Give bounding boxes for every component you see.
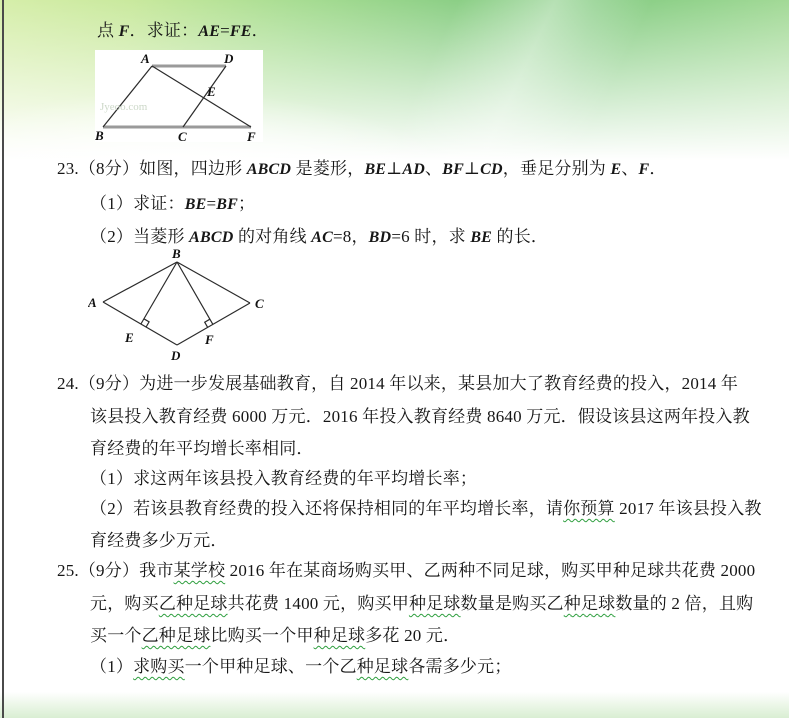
math-var: F [639,161,650,178]
vertex-label-d: D [170,348,181,363]
vertex-label-e: E [124,330,134,345]
math-var: F [119,23,130,40]
squiggle-text: 求购买 [133,657,185,676]
segment-bf [177,262,213,324]
text-run: 、 [621,159,638,178]
math-var: BE [364,161,386,178]
text-run: 元，购买 [90,594,159,613]
document-page: 点 F．求证：AE=FE． Jyeoo.com A D E B C F 23.（… [0,0,789,718]
q25-body-line2: 元，购买乙种足球共花费 1400 元，购买甲种足球数量是购买乙种足球数量的 2 … [90,593,753,614]
text-run: 买一个 [90,626,142,645]
math-var: BE [185,196,207,213]
edge-bc [177,262,250,303]
text-run: 、 [425,159,442,178]
math-var: AC [311,229,333,246]
q25-part1: （1）求购买一个甲种足球、一个乙种足球各需多少元； [90,656,512,677]
text-run: 多花 20 元． [365,626,460,645]
text-run: ⊥ [464,159,480,178]
text-run: 比购买一个甲 [210,626,313,645]
math-var: ABCD [189,229,233,246]
text-run: ； [238,194,255,213]
text-run: （2）当菱形 [90,227,189,246]
text-run: =8， [333,227,369,246]
text-run: 的长． [492,227,548,246]
text-run: =6 时，求 [391,227,470,246]
math-var: BD [369,229,392,246]
text-run: 一个甲种足球、一个乙 [185,657,357,676]
squiggle-text: 种足球 [564,594,616,613]
intro-line: 点 F．求证：AE=FE． [97,20,269,42]
math-var: FE [230,23,252,40]
text-run: 是菱形， [291,159,364,178]
squiggle-text: 种足球 [357,657,409,676]
vertex-label-f: F [204,332,214,347]
text-run: 数量是购买乙 [461,594,564,613]
q24-part2-line1: （2）若该县教育经费的投入还将保持相同的年平均增长率，请你预算 2017 年该县… [90,498,762,519]
text-run: = [206,194,216,213]
text-run: 23.（8分）如图，四边形 [57,159,247,178]
q23-part2: （2）当菱形 ABCD 的对角线 AC=8，BD=6 时，求 BE 的长． [90,226,548,248]
text-run: 共花费 1400 元，购买甲 [228,594,409,613]
segment-dc [183,66,226,127]
math-var: E [610,161,621,178]
math-var: ABCD [247,161,291,178]
text-run: （1）求证： [90,194,185,213]
text-run: 2016 年在某商场购买甲、乙两种不同足球，购买甲种足球共花费 2000 [225,561,755,580]
squiggle-text: 乙种足球 [142,626,211,645]
vertex-label-e: E [206,84,216,99]
text-run: （1） [90,657,133,676]
edge-ad [103,302,177,345]
segment-af [152,66,251,127]
text-run: ．求证： [130,21,199,40]
vertex-label-c: C [178,129,187,142]
q25-heading-line1: 25.（9分）我市某学校 2016 年在某商场购买甲、乙两种不同足球，购买甲种足… [57,560,755,581]
q24-part1: （1）求这两年该县投入教育经费的年平均增长率； [90,468,477,489]
figure-rhombus: B A C D E F [88,246,273,364]
vertex-label-c: C [255,296,264,311]
text-run: ，垂足分别为 [503,159,611,178]
vertex-label-a: A [88,295,97,310]
q23-heading: 23.（8分）如图，四边形 ABCD 是菱形，BE⊥AD、BF⊥CD，垂足分别为… [57,158,667,180]
watermark-text: Jyeoo.com [100,101,148,113]
vertex-label-d: D [223,51,234,66]
vertex-label-a: A [140,51,150,66]
q24-part2-line2: 育经费多少万元． [90,530,228,551]
q25-body-line3: 买一个乙种足球比购买一个甲种足球多花 20 元． [90,625,460,646]
q24-heading-line1: 24.（9分）为进一步发展基础教育，自 2014 年以来，某县加大了教育经费的投… [57,373,738,394]
squiggle-text: 乙种足球 [159,594,228,613]
vertex-label-f: F [246,129,256,142]
math-var: BF [216,196,238,213]
text-run: = [220,21,230,40]
text-run: 2017 年该县投入教 [615,499,762,518]
squiggle-text: 某学校 [174,561,226,580]
text-run: 的对角线 [234,227,312,246]
text-run: 各需多少元； [408,657,511,676]
squiggle-text: 种足球 [409,594,461,613]
bottom-gradient-strip [0,692,789,718]
text-run: ． [649,159,666,178]
figure-parallelogram: Jyeoo.com A D E B C F [95,50,263,142]
math-var: AD [402,161,425,178]
math-var: BE [470,229,492,246]
text-run: ⊥ [386,159,402,178]
left-margin-rule [2,0,4,718]
q23-part1: （1）求证：BE=BF； [90,193,255,215]
math-var: BF [442,161,464,178]
math-var: CD [480,161,503,178]
vertex-label-b: B [171,246,181,261]
edge-ab [103,66,152,127]
squiggle-text: 你预算 [563,499,615,518]
squiggle-text: 种足球 [314,626,366,645]
math-var: AE [198,23,220,40]
vertex-label-b: B [95,128,104,142]
q24-body-line2: 该县投入教育经费 6000 万元．2016 年投入教育经费 8640 万元．假设… [90,406,750,427]
text-run: 点 [97,21,119,40]
text-run: 数量的 2 倍，且购 [615,594,753,613]
q24-body-line3: 育经费的年平均增长率相同． [90,438,314,459]
text-run: ． [252,21,269,40]
text-run: （2）若该县教育经费的投入还将保持相同的年平均增长率，请 [90,499,563,518]
text-run: 25.（9分）我市 [57,561,174,580]
